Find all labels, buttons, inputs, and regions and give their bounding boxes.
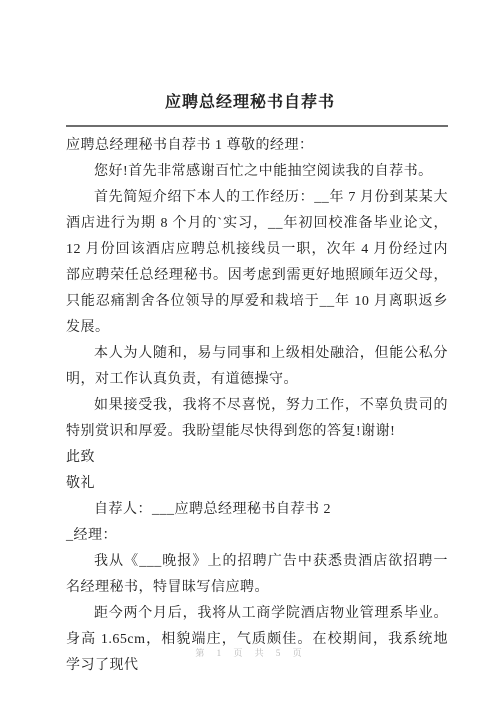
paragraph: 应聘总经理秘书自荐书 1 尊敬的经理： <box>66 133 448 159</box>
document-body: 应聘总经理秘书自荐书 1 尊敬的经理：您好!首先非常感谢百忙之中能抽空阅读我的自… <box>66 133 448 679</box>
document-page: 应聘总经理秘书自荐书 应聘总经理秘书自荐书 1 尊敬的经理：您好!首先非常感谢百… <box>0 0 500 707</box>
page-number-label: 第 1 页 共 5 页 <box>195 648 304 658</box>
paragraph: 敬礼 <box>66 471 448 497</box>
paragraph: 此致 <box>66 445 448 471</box>
title-divider <box>66 125 448 127</box>
paragraph: 首先简短介绍下本人的工作经历：__年 7 月份到某某大酒店进行为期 8 个月的`… <box>66 185 448 341</box>
page-footer: 第 1 页 共 5 页 <box>0 646 500 659</box>
document-title: 应聘总经理秘书自荐书 <box>0 0 500 114</box>
paragraph: 我从《___晚报》上的招聘广告中获悉贵酒店欲招聘一名经理秘书，特冒昧写信应聘。 <box>66 549 448 601</box>
paragraph: _经理： <box>66 523 448 549</box>
paragraph: 您好!首先非常感谢百忙之中能抽空阅读我的自荐书。 <box>66 159 448 185</box>
paragraph: 自荐人：___应聘总经理秘书自荐书 2 <box>66 497 448 523</box>
paragraph: 如果接受我，我将不尽喜悦，努力工作，不辜负贵司的特别赏识和厚爱。我盼望能尽快得到… <box>66 393 448 445</box>
paragraph: 本人为人随和，易与同事和上级相处融洽，但能公私分明，对工作认真负责，有道德操守。 <box>66 341 448 393</box>
paragraph: 距今两个月后，我将从工商学院酒店物业管理系毕业。身高 1.65cm，相貌端庄，气… <box>66 601 448 679</box>
